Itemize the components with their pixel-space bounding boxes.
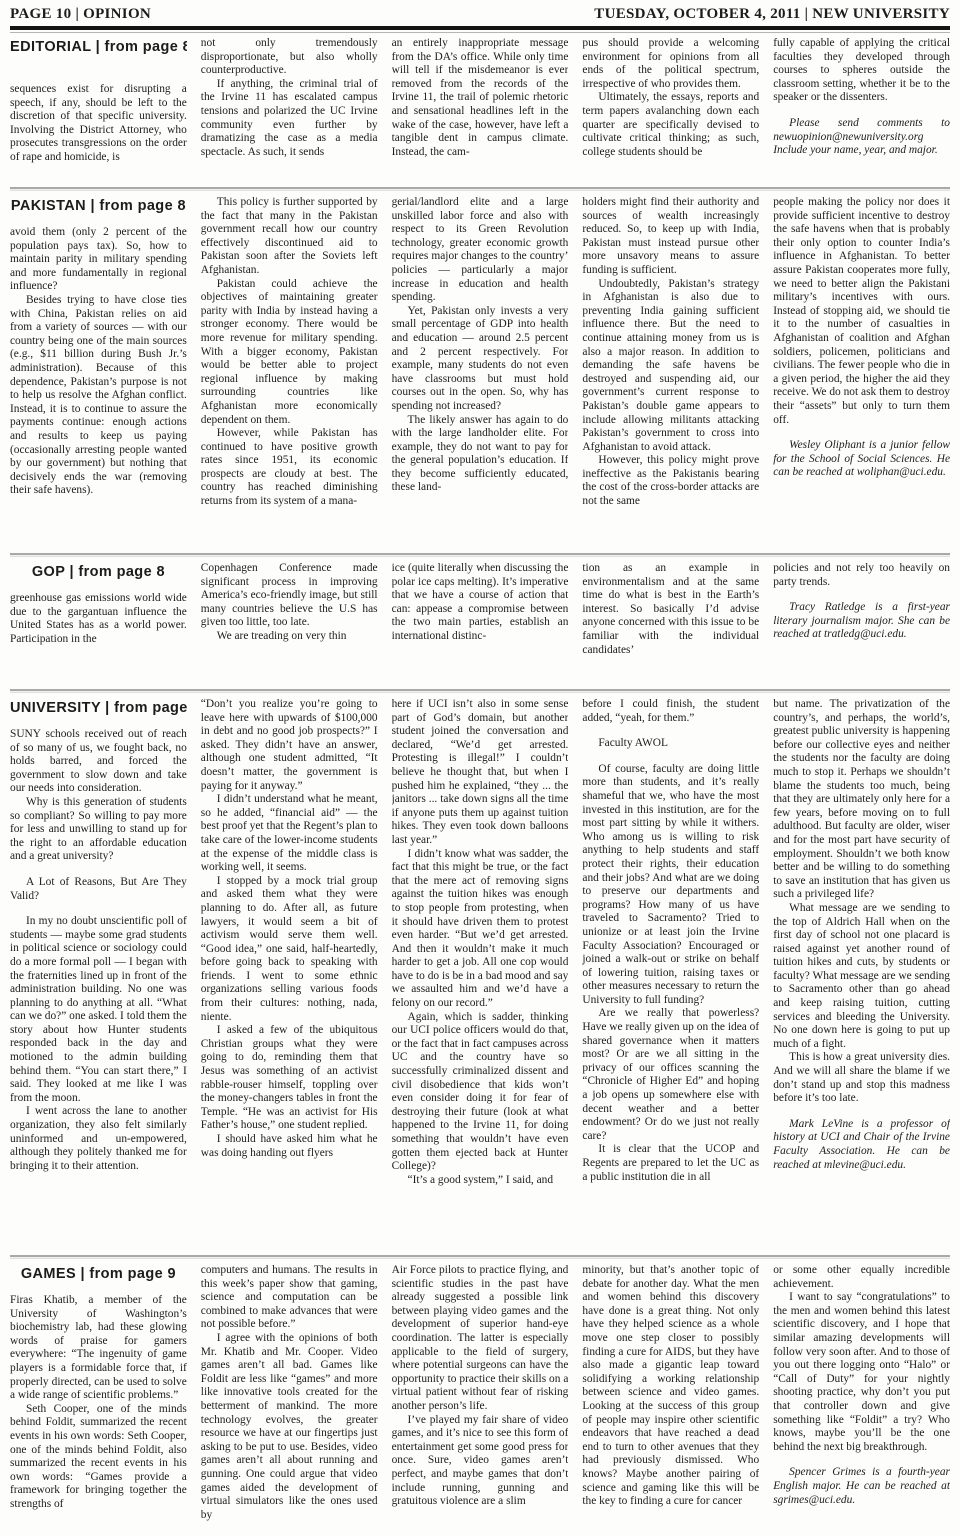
masthead: PAGE 10 | OPINION TUESDAY, OCTOBER 4, 20… xyxy=(10,6,950,26)
university-col-5: but name. The privatization of the count… xyxy=(773,698,950,1250)
article-paragraph: This is how a great university dies. And… xyxy=(773,1051,950,1105)
section-divider xyxy=(10,689,950,693)
article-subhead: Faculty AWOL xyxy=(582,737,759,751)
games-col-2: computers and humans. The results in thi… xyxy=(201,1264,378,1532)
section-heading-editorial: EDITORIAL | from page 8 xyxy=(10,39,187,55)
article-paragraph: an entirely inappropriate message from t… xyxy=(392,37,569,159)
section-heading-university: UNIVERSITY | from page 9 xyxy=(10,700,187,716)
article-paragraph: This policy is further supported by the … xyxy=(201,196,378,278)
gop-col-3: ice (quite literally when discussing the… xyxy=(392,562,569,684)
article-paragraph: In my no doubt unscientific poll of stud… xyxy=(10,915,187,1105)
section-divider xyxy=(10,1255,950,1259)
article-paragraph: I didn’t understand what he meant, so he… xyxy=(201,793,378,875)
article-paragraph: ice (quite literally when discussing the… xyxy=(392,562,569,644)
article-paragraph: avoid them (only 2 percent of the popula… xyxy=(10,226,187,294)
article-paragraph: Firas Khatib, a member of the University… xyxy=(10,1294,187,1403)
article-paragraph: Pakistan could achieve the objectives of… xyxy=(201,278,378,428)
section-heading-gop: GOP | from page 8 xyxy=(10,564,187,580)
article-paragraph: It is clear that the UCOP and Regents ar… xyxy=(582,1143,759,1184)
author-byline: Spencer Grimes is a fourth-year English … xyxy=(773,1466,950,1507)
article-paragraph: I went across the lane to another organi… xyxy=(10,1105,187,1173)
article-paragraph: sequences exist for disrupting a speech,… xyxy=(10,83,187,165)
article-paragraph: I want to say “congratulations” to the m… xyxy=(773,1291,950,1454)
article-paragraph: policies and not rely too heavily on par… xyxy=(773,562,950,589)
article-paragraph: I should have asked him what he was doin… xyxy=(201,1133,378,1160)
article-paragraph: I stopped by a mock trial group and aske… xyxy=(201,875,378,1025)
article-paragraph: Undoubtedly, Pakistan’s strategy in Afgh… xyxy=(582,278,759,455)
article-paragraph: Why is this generation of students so co… xyxy=(10,796,187,864)
article-paragraph: Are we really that powerless? Have we re… xyxy=(582,1007,759,1143)
university-col-2: “Don’t you realize you’re going to leave… xyxy=(201,698,378,1250)
article-paragraph: people making the policy nor does it pro… xyxy=(773,196,950,427)
pakistan-col-4: holders might find their authority and s… xyxy=(582,196,759,548)
section-pakistan: PAKISTAN | from page 8 avoid them (only … xyxy=(10,196,950,548)
author-byline: Tracy Ratledge is a first-year literary … xyxy=(773,601,950,642)
editorial-col-5: fully capable of applying the critical f… xyxy=(773,37,950,182)
article-paragraph: Besides trying to have close ties with C… xyxy=(10,294,187,498)
article-subhead: A Lot of Reasons, But Are They Valid? xyxy=(10,876,187,903)
article-paragraph: What message are we sending to the top o… xyxy=(773,902,950,1052)
page-folio: PAGE 10 | OPINION xyxy=(10,6,151,23)
article-paragraph: However, while Pakistan has continued to… xyxy=(201,427,378,509)
article-paragraph: Again, which is sadder, thinking our UCI… xyxy=(392,1011,569,1174)
article-paragraph: not only tremendously disproportionate, … xyxy=(201,37,378,78)
article-paragraph: computers and humans. The results in thi… xyxy=(201,1264,378,1332)
pakistan-col-1: PAKISTAN | from page 8 avoid them (only … xyxy=(10,196,187,548)
editorial-comments-note: Include your name, year, and major. xyxy=(773,144,950,158)
university-col-1: UNIVERSITY | from page 9 SUNY schools re… xyxy=(10,698,187,1250)
section-games: GAMES | from page 9 Firas Khatib, a memb… xyxy=(10,1264,950,1532)
editorial-col-4: pus should provide a welcoming environme… xyxy=(582,37,759,182)
article-paragraph: tion as an example in environmentalism a… xyxy=(582,562,759,657)
article-paragraph: If anything, the criminal trial of the I… xyxy=(201,78,378,160)
article-paragraph: Yet, Pakistan only invests a very small … xyxy=(392,305,569,414)
section-heading-games: GAMES | from page 9 xyxy=(10,1266,187,1282)
section-gop: GOP | from page 8 greenhouse gas emissio… xyxy=(10,562,950,684)
article-paragraph: minority, but that’s another topic of de… xyxy=(582,1264,759,1509)
newspaper-page: PAGE 10 | OPINION TUESDAY, OCTOBER 4, 20… xyxy=(0,0,960,1532)
masthead-rule xyxy=(10,26,950,33)
article-paragraph: I’ve played my fair share of video games… xyxy=(392,1414,569,1509)
article-paragraph: I agree with the opinions of both Mr. Kh… xyxy=(201,1332,378,1522)
games-col-4: minority, but that’s another topic of de… xyxy=(582,1264,759,1532)
editorial-col-1: EDITORIAL | from page 8 sequences exist … xyxy=(10,37,187,182)
article-paragraph: here if UCI isn’t also in some sense par… xyxy=(392,698,569,848)
article-paragraph: Air Force pilots to practice flying, and… xyxy=(392,1264,569,1414)
article-paragraph: holders might find their authority and s… xyxy=(582,196,759,278)
article-paragraph: Of course, faculty are doing little more… xyxy=(582,763,759,1008)
gop-col-4: tion as an example in environmentalism a… xyxy=(582,562,759,684)
article-paragraph: but name. The privatization of the count… xyxy=(773,698,950,902)
article-paragraph: greenhouse gas emissions world wide due … xyxy=(10,592,187,646)
article-paragraph: Copenhagen Conference made significant p… xyxy=(201,562,378,630)
pakistan-col-3: gerial/landlord elite and a large unskil… xyxy=(392,196,569,548)
editorial-comments-note: Please send comments to newuopinion@newu… xyxy=(773,117,950,144)
university-col-4: before I could finish, the student added… xyxy=(582,698,759,1250)
games-col-1: GAMES | from page 9 Firas Khatib, a memb… xyxy=(10,1264,187,1532)
gop-col-5: policies and not rely too heavily on par… xyxy=(773,562,950,684)
article-paragraph: I didn’t know what was sadder, the fact … xyxy=(392,848,569,1011)
pakistan-col-5: people making the policy nor does it pro… xyxy=(773,196,950,548)
article-paragraph: Ultimately, the essays, reports and term… xyxy=(582,91,759,159)
article-paragraph: Seth Cooper, one of the minds behind Fol… xyxy=(10,1403,187,1512)
article-paragraph: or some other equally incredible achieve… xyxy=(773,1264,950,1291)
author-byline: Mark LeVine is a professor of history at… xyxy=(773,1118,950,1172)
article-paragraph: However, this policy might prove ineffec… xyxy=(582,454,759,508)
article-paragraph: We are treading on very thin xyxy=(201,630,378,644)
section-editorial: EDITORIAL | from page 8 sequences exist … xyxy=(10,37,950,182)
article-paragraph: SUNY schools received out of reach of so… xyxy=(10,728,187,796)
gop-col-2: Copenhagen Conference made significant p… xyxy=(201,562,378,684)
section-university: UNIVERSITY | from page 9 SUNY schools re… xyxy=(10,698,950,1250)
pakistan-col-2: This policy is further supported by the … xyxy=(201,196,378,548)
article-paragraph: The likely answer has again to do with t… xyxy=(392,414,569,496)
section-heading-pakistan: PAKISTAN | from page 8 xyxy=(10,198,187,214)
section-divider xyxy=(10,187,950,191)
editorial-col-3: an entirely inappropriate message from t… xyxy=(392,37,569,182)
article-paragraph: gerial/landlord elite and a large unskil… xyxy=(392,196,569,305)
games-col-3: Air Force pilots to practice flying, and… xyxy=(392,1264,569,1532)
games-col-5: or some other equally incredible achieve… xyxy=(773,1264,950,1532)
article-paragraph: pus should provide a welcoming environme… xyxy=(582,37,759,91)
article-paragraph: before I could finish, the student added… xyxy=(582,698,759,725)
author-byline: Wesley Oliphant is a junior fellow for t… xyxy=(773,439,950,480)
issue-date: TUESDAY, OCTOBER 4, 2011 | NEW UNIVERSIT… xyxy=(594,6,950,23)
article-paragraph: fully capable of applying the critical f… xyxy=(773,37,950,105)
article-paragraph: “Don’t you realize you’re going to leave… xyxy=(201,698,378,793)
gop-col-1: GOP | from page 8 greenhouse gas emissio… xyxy=(10,562,187,684)
editorial-col-2: not only tremendously disproportionate, … xyxy=(201,37,378,182)
article-paragraph: I asked a few of the ubiquitous Christia… xyxy=(201,1024,378,1133)
section-divider xyxy=(10,553,950,557)
article-paragraph: “It’s a good system,” I said, and xyxy=(392,1174,569,1188)
university-col-3: here if UCI isn’t also in some sense par… xyxy=(392,698,569,1250)
